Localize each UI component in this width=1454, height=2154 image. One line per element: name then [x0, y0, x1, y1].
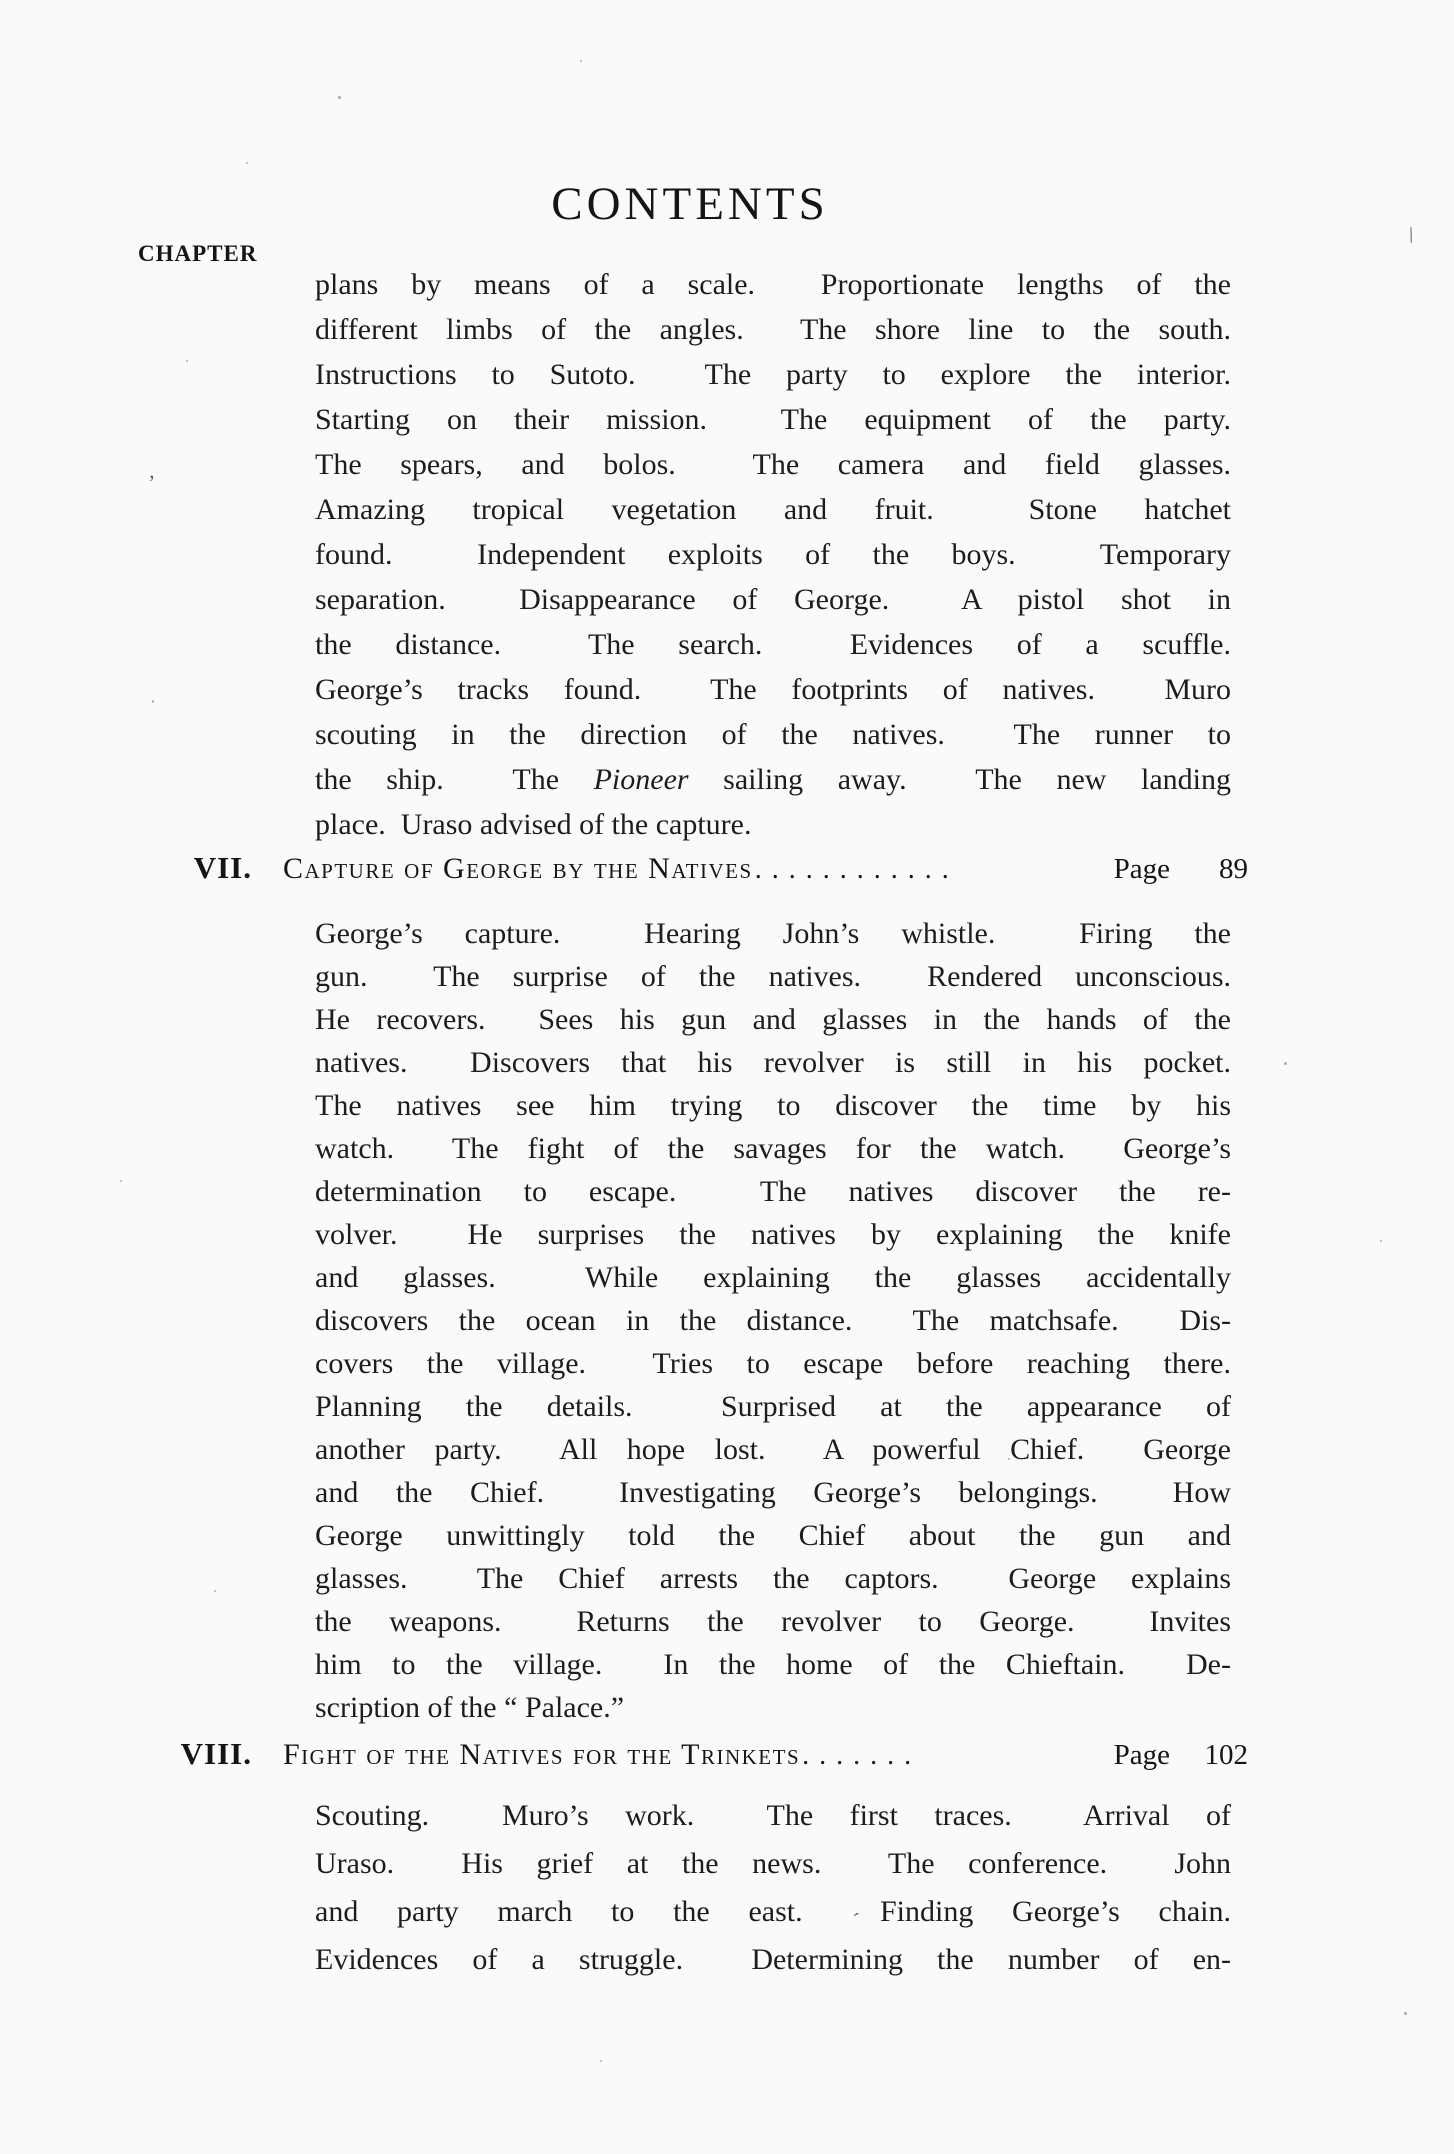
- scan-speck: [214, 1590, 216, 1592]
- text-line: volver. He surprises the natives by expl…: [315, 1213, 1231, 1256]
- text-line: found. Independent exploits of the boys.…: [315, 532, 1231, 577]
- text-line: Instructions to Sutoto. The party to exp…: [315, 352, 1231, 397]
- text-line: George’s capture. Hearing John’s whistle…: [315, 912, 1231, 955]
- text-line: The spears, and bolos. The camera and fi…: [315, 442, 1231, 487]
- chapter-summary-paragraph: George’s capture. Hearing John’s whistle…: [315, 912, 1231, 1729]
- page-word: Page: [1114, 853, 1170, 886]
- scan-speck: [120, 1180, 122, 1182]
- page-number: 89: [1170, 853, 1248, 886]
- text-line: Uraso. His grief at the news. The confer…: [315, 1840, 1231, 1888]
- scan-speck: [1008, 1458, 1010, 1460]
- scan-stray-mark: \: [1404, 222, 1418, 249]
- dot-leader: ............: [753, 854, 1114, 886]
- text-line: Planning the details. Surprised at the a…: [315, 1385, 1231, 1428]
- scan-speck: [338, 96, 341, 99]
- text-line: watch. The fight of the savages for the …: [315, 1127, 1231, 1170]
- text-line: Evidences of a struggle. Determining the…: [315, 1936, 1231, 1984]
- scan-speck: [580, 60, 582, 62]
- page-word: Page: [1114, 1739, 1170, 1772]
- text-line: Starting on their mission. The equipment…: [315, 397, 1231, 442]
- text-line: The natives see him trying to discover t…: [315, 1084, 1231, 1127]
- scan-speck: [246, 162, 248, 164]
- text-line: scouting in the direction of the natives…: [315, 712, 1231, 757]
- scan-speck: [186, 360, 188, 362]
- text-line: discovers the ocean in the distance. The…: [315, 1299, 1231, 1342]
- text-line: determination to escape. The natives dis…: [315, 1170, 1231, 1213]
- text-line: different limbs of the angles. The shore…: [315, 307, 1231, 352]
- chapter-title: Fight of the Natives for the Trinkets: [283, 1738, 800, 1772]
- dot-leader: .......: [800, 1740, 1114, 1772]
- text-line: plans by means of a scale. Proportionate…: [315, 262, 1231, 307]
- chapter-summary-paragraph: plans by means of a scale. Proportionate…: [315, 262, 1231, 847]
- text-line: covers the village. Tries to escape befo…: [315, 1342, 1231, 1385]
- text-line: scription of the “ Palace.”: [315, 1686, 1231, 1729]
- chapter-column-label: CHAPTER: [138, 241, 257, 267]
- chapter-title: Capture of George by the Natives: [283, 852, 753, 886]
- chapter-entry-viii: VIII.Fight of the Natives for the Trinke…: [130, 1736, 1248, 1772]
- text-line: George’s tracks found. The footprints of…: [315, 667, 1231, 712]
- text-line: the distance. The search. Evidences of a…: [315, 622, 1231, 667]
- chapter-summary-paragraph: Scouting. Muro’s work. The first traces.…: [315, 1792, 1231, 1984]
- text-line: gun. The surprise of the natives. Render…: [315, 955, 1231, 998]
- text-line: him to the village. In the home of the C…: [315, 1643, 1231, 1686]
- text-line: and the Chief. Investigating George’s be…: [315, 1471, 1231, 1514]
- scan-speck: [152, 700, 154, 703]
- chapter-entry-vii: VII.Capture of George by the Natives....…: [130, 850, 1248, 886]
- scan-speck: [1380, 1240, 1382, 1242]
- scan-speck: [600, 2060, 602, 2062]
- scan-speck: [1404, 2012, 1407, 2015]
- text-line: the ship. The Pioneer sailing away. The …: [315, 757, 1231, 802]
- text-line: Amazing tropical vegetation and fruit. S…: [315, 487, 1231, 532]
- text-line: natives. Discovers that his revolver is …: [315, 1041, 1231, 1084]
- scan-speck: [1284, 1062, 1287, 1065]
- text-line: George unwittingly told the Chief about …: [315, 1514, 1231, 1557]
- page-number: 102: [1170, 1739, 1248, 1772]
- text-line: and glasses. While explaining the glasse…: [315, 1256, 1231, 1299]
- chapter-numeral: VII.: [130, 850, 252, 886]
- text-line: the weapons. Returns the revolver to Geo…: [315, 1600, 1231, 1643]
- page-title: CONTENTS: [540, 177, 840, 231]
- text-line: place. Uraso advised of the capture.: [315, 802, 1231, 847]
- text-line: separation. Disappearance of George. A p…: [315, 577, 1231, 622]
- scan-stray-mark: ’: [148, 470, 155, 496]
- text-line: He recovers. Sees his gun and glasses in…: [315, 998, 1231, 1041]
- text-line: glasses. The Chief arrests the captors. …: [315, 1557, 1231, 1600]
- scanned-book-page: { "page": { "title": "CONTENTS", "chapte…: [0, 0, 1454, 2154]
- chapter-numeral: VIII.: [130, 1736, 252, 1772]
- text-line: and party march to the east. Finding Geo…: [315, 1888, 1231, 1936]
- italic-ship-name: Pioneer: [594, 763, 689, 796]
- text-line: another party. All hope lost. A powerful…: [315, 1428, 1231, 1471]
- text-line: Scouting. Muro’s work. The first traces.…: [315, 1792, 1231, 1840]
